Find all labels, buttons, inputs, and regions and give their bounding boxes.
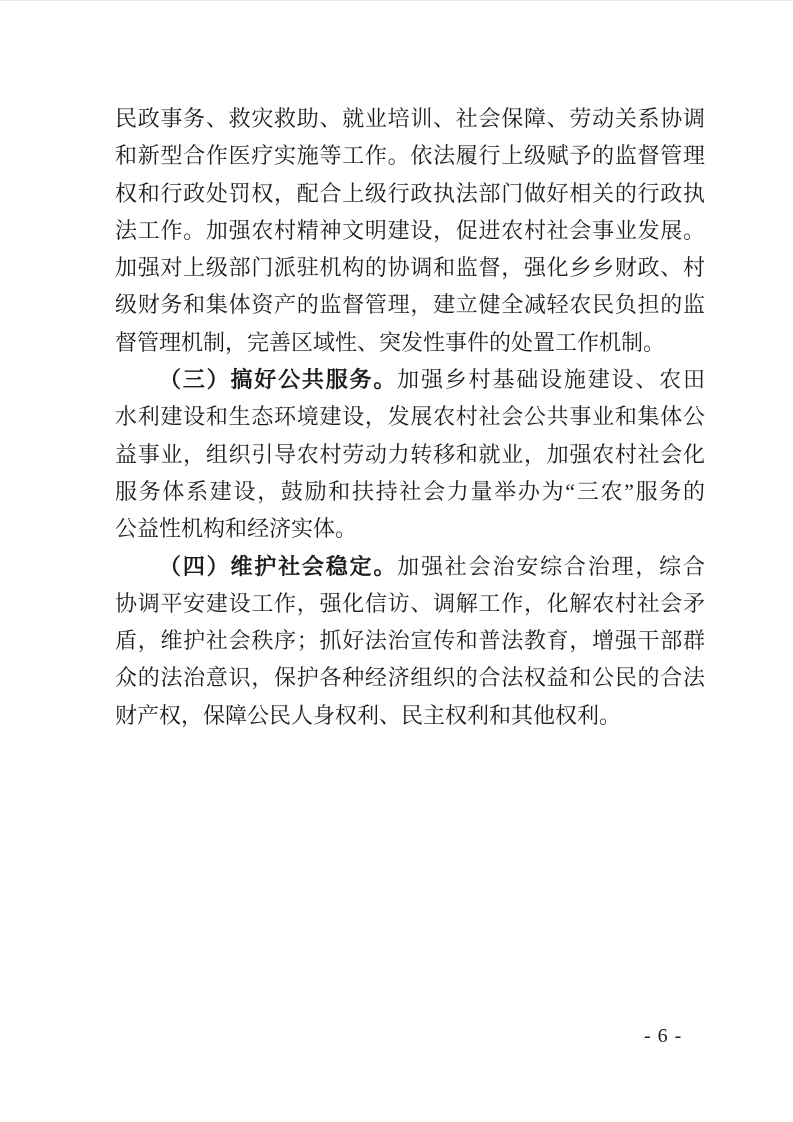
text-line: 法工作。加强农村精神文明建设，促进农村社会事业发展。: [115, 212, 705, 249]
line-text: 督管理机制，完善区域性、突发性事件的处置工作机制。: [115, 330, 665, 355]
line-text: 盾，维护社会秩序；抓好法治宣传和普法教育，增强干部群: [115, 628, 705, 653]
line-text: 级财务和集体资产的监督管理，建立健全减轻农民负担的监: [115, 292, 705, 317]
paragraph: （三）搞好公共服务。加强乡村基础设施建设、农田水利建设和生态环境建设，发展农村社…: [115, 361, 705, 547]
line-text: 公益性机构和经济实体。: [115, 516, 357, 541]
text-line: 公益性机构和经济实体。: [115, 510, 705, 547]
document-page: 民政事务、救灾救助、就业培训、社会保障、劳动关系协调和新型合作医疗实施等工作。依…: [0, 0, 793, 1122]
text-line: 协调平安建设工作，强化信访、调解工作，化解农村社会矛: [115, 585, 705, 622]
text-line: 益事业，组织引导农村劳动力转移和就业，加强农村社会化: [115, 436, 705, 473]
line-text: 协调平安建设工作，强化信访、调解工作，化解农村社会矛: [115, 591, 705, 616]
section-heading: （四）维护社会稳定。: [159, 554, 397, 579]
text-line: 盾，维护社会秩序；抓好法治宣传和普法教育，增强干部群: [115, 622, 705, 659]
section-heading: （三）搞好公共服务。: [159, 367, 397, 392]
paragraph: 民政事务、救灾救助、就业培训、社会保障、劳动关系协调和新型合作医疗实施等工作。依…: [115, 100, 705, 361]
line-text: 众的法治意识，保护各种经济组织的合法权益和公民的合法: [115, 665, 705, 690]
text-line: （四）维护社会稳定。加强社会治安综合治理，综合: [115, 548, 705, 585]
line-text: 权和行政处罚权，配合上级行政执法部门做好相关的行政执: [115, 181, 705, 206]
text-line: 督管理机制，完善区域性、突发性事件的处置工作机制。: [115, 324, 705, 361]
text-line: 民政事务、救灾救助、就业培训、社会保障、劳动关系协调: [115, 100, 705, 137]
text-line: 权和行政处罚权，配合上级行政执法部门做好相关的行政执: [115, 175, 705, 212]
page-number: - 6 -: [644, 1025, 682, 1048]
line-text: 加强对上级部门派驻机构的协调和监督，强化乡乡财政、村: [115, 255, 705, 280]
text-line: 众的法治意识，保护各种经济组织的合法权益和公民的合法: [115, 659, 705, 696]
document-body: 民政事务、救灾救助、就业培训、社会保障、劳动关系协调和新型合作医疗实施等工作。依…: [115, 100, 705, 734]
line-text: 水利建设和生态环境建设，发展农村社会公共事业和集体公: [115, 404, 705, 429]
line-text: 和新型合作医疗实施等工作。依法履行上级赋予的监督管理: [115, 143, 705, 168]
text-line: 服务体系建设，鼓励和扶持社会力量举办为“三农”服务的: [115, 473, 705, 510]
line-text: 益事业，组织引导农村劳动力转移和就业，加强农村社会化: [115, 442, 705, 467]
text-line: 级财务和集体资产的监督管理，建立健全减轻农民负担的监: [115, 286, 705, 323]
text-line: （三）搞好公共服务。加强乡村基础设施建设、农田: [115, 361, 705, 398]
line-text: 法工作。加强农村精神文明建设，促进农村社会事业发展。: [115, 218, 705, 243]
line-text: 服务体系建设，鼓励和扶持社会力量举办为“三农”服务的: [115, 479, 705, 504]
line-text: 财产权，保障公民人身权利、民主权利和其他权利。: [115, 703, 621, 728]
text-line: 财产权，保障公民人身权利、民主权利和其他权利。: [115, 697, 705, 734]
text-line: 水利建设和生态环境建设，发展农村社会公共事业和集体公: [115, 398, 705, 435]
line-text: 加强乡村基础设施建设、农田: [397, 367, 705, 392]
line-text: 民政事务、救灾救助、就业培训、社会保障、劳动关系协调: [115, 106, 705, 131]
text-line: 和新型合作医疗实施等工作。依法履行上级赋予的监督管理: [115, 137, 705, 174]
text-line: 加强对上级部门派驻机构的协调和监督，强化乡乡财政、村: [115, 249, 705, 286]
line-text: 加强社会治安综合治理，综合: [397, 554, 705, 579]
paragraph: （四）维护社会稳定。加强社会治安综合治理，综合协调平安建设工作，强化信访、调解工…: [115, 548, 705, 734]
